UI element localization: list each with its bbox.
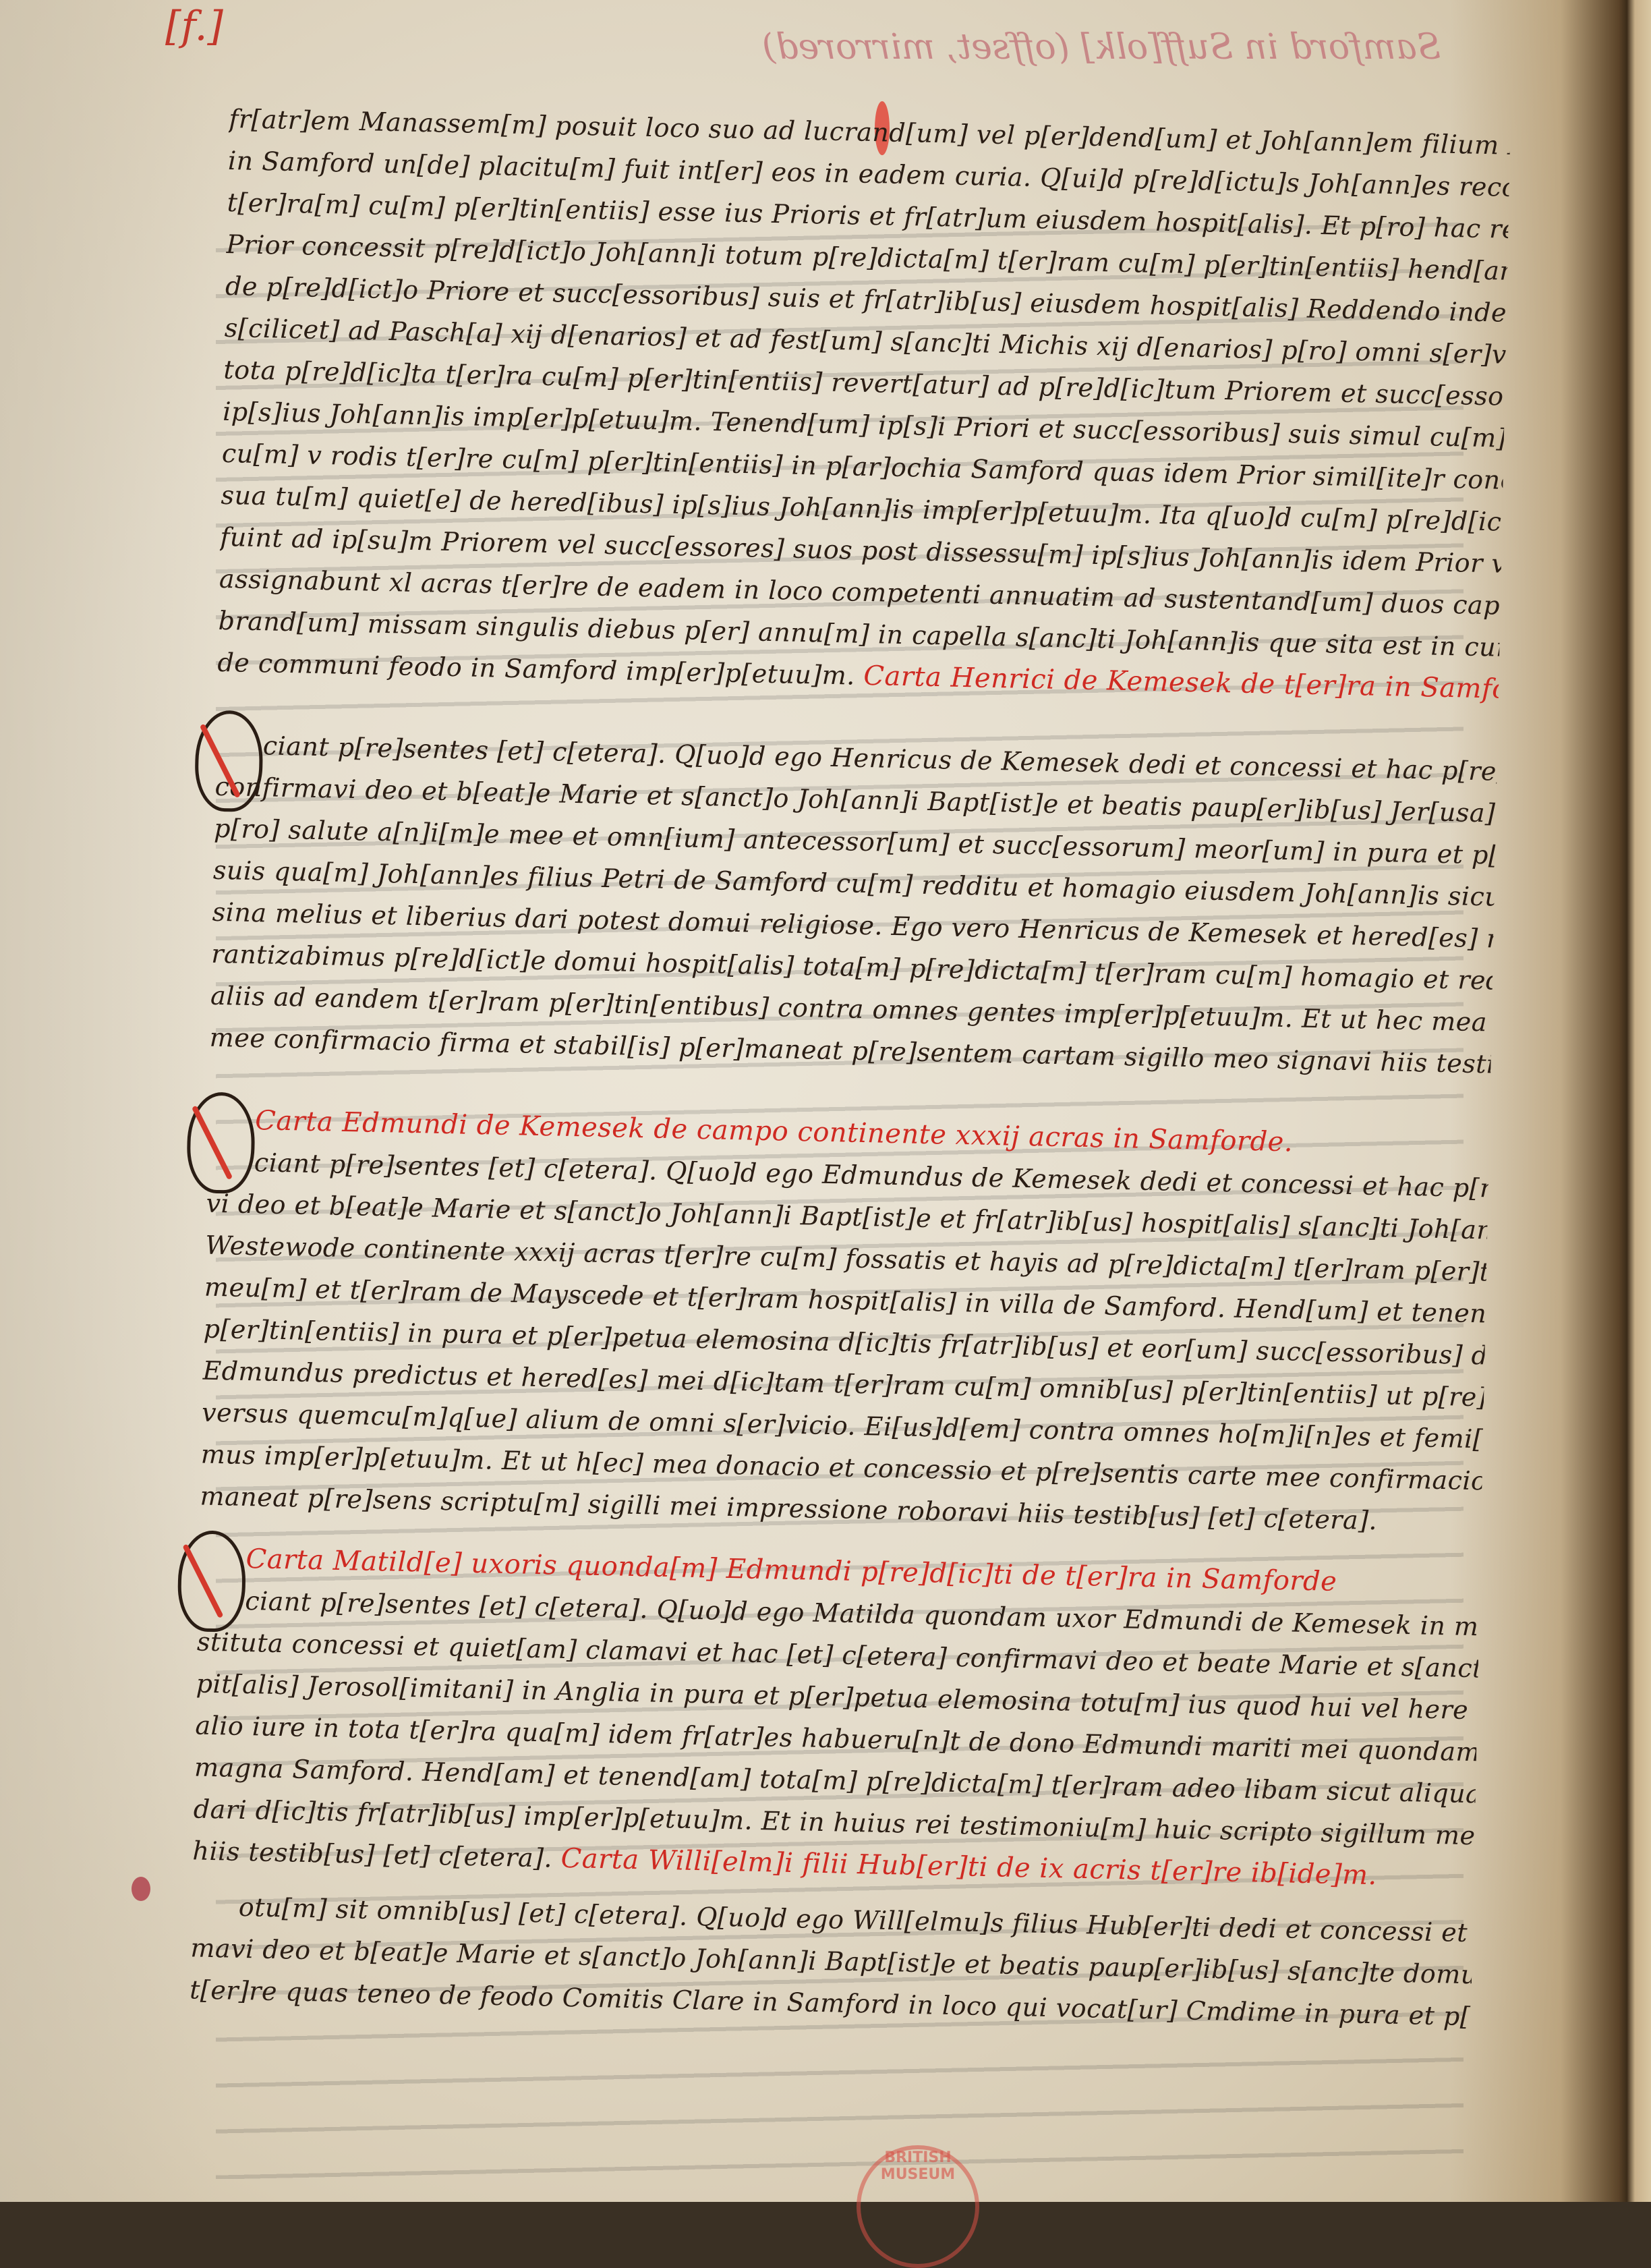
folio-mark: [f.] (165, 3, 223, 50)
charter-matilde: Carta Matild[e] uxoris quonda[m] Edmundi… (192, 1537, 1480, 1899)
decorated-initial-s (186, 1092, 256, 1194)
main-text-block: fr[atr]em Manassem[m] posuit loco suo ad… (190, 98, 1511, 2037)
charter-henrici: ciant p[re]sentes [et] c[etera]. Q[uo]d … (209, 724, 1497, 1085)
paragraph-1: fr[atr]em Manassem[m] posuit loco suo ad… (217, 98, 1511, 710)
charter-willielmi: otu[m] sit omnib[us] [et] c[etera]. Q[uo… (190, 1885, 1473, 2037)
decorated-initial-s (194, 710, 264, 812)
margin-red-dot (132, 1877, 150, 1901)
running-head-offset: Samford in Suff[olk] (offset, mirrored) (762, 27, 1441, 67)
charter-edmundi: Carta Edmundi de Kemesek de campo contin… (200, 1099, 1490, 1544)
text-line-end: hiis testib[us] [et] c[etera]. (192, 1836, 552, 1873)
text-line-end: de communi feodo in Samford imp[er]p[etu… (217, 648, 855, 691)
rubric-henrici: Carta Henrici de Kemesek de t[er]ra in S… (863, 660, 1499, 706)
decorated-initial-s (177, 1530, 246, 1633)
manuscript-page: [f.] Samford in Suff[olk] (offset, mirro… (0, 0, 1651, 2202)
page-edge-shade (0, 0, 216, 2202)
